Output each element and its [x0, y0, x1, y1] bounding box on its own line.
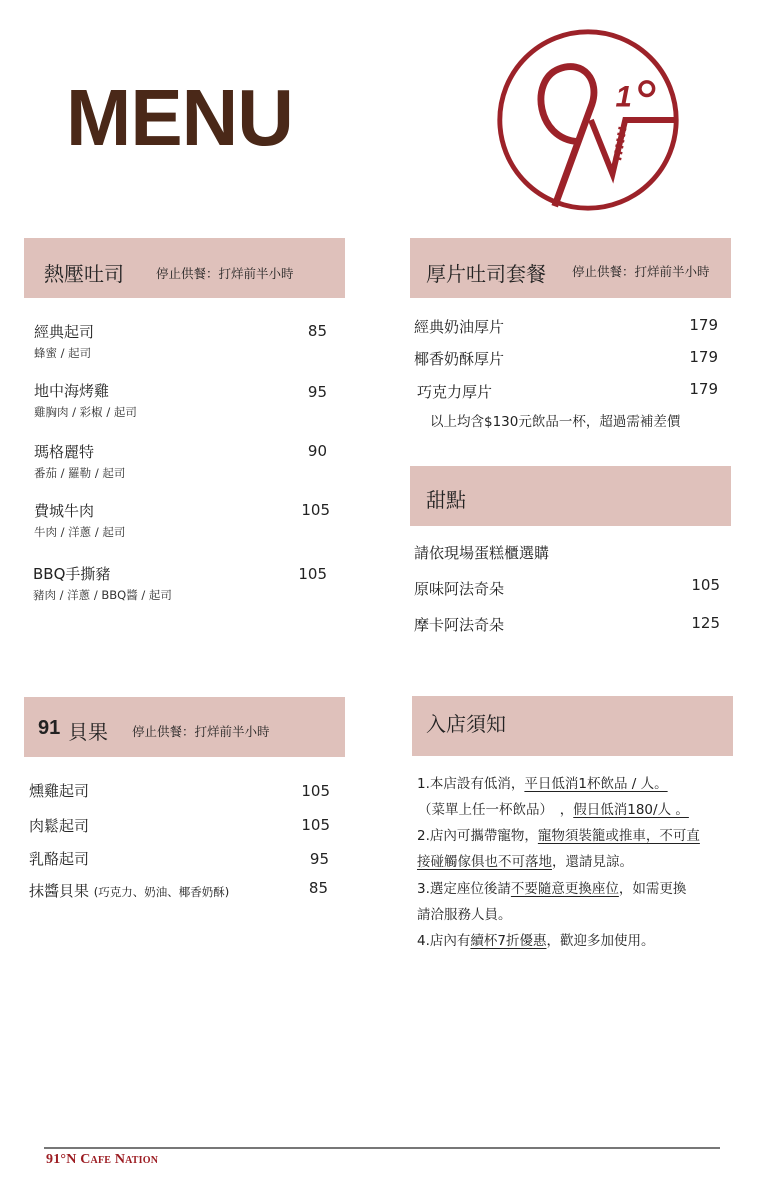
menu-item-name: 椰香奶酥厚片 — [414, 348, 504, 369]
item-price: 105 — [670, 576, 720, 594]
menu-item: 瑪格麗特 番茄 / 羅勒 / 起司 — [34, 441, 125, 481]
section-note: 停止供餐：打烊前半小時 — [156, 264, 294, 282]
section-header-thick-toast: 厚片吐司套餐 停止供餐：打烊前半小時 — [410, 238, 731, 298]
notice-line: 2.店內可攜帶寵物，寵物須裝籠或推車，不可直 — [417, 824, 700, 844]
section-note: 停止供餐：打烊前半小時 — [132, 722, 270, 740]
menu-item: 地中海烤雞 雞胸肉 / 彩椒 / 起司 — [34, 380, 137, 420]
item-price: 179 — [668, 380, 718, 398]
notice-line: （菜單上任一杯飲品） ，假日低消180/人 。 — [418, 798, 689, 818]
notice-line: 1.本店設有低消，平日低消1杯飲品 / 人。 — [417, 772, 668, 792]
section-header-dessert: 甜點 — [410, 466, 731, 526]
menu-item: BBQ手撕豬 豬肉 / 洋蔥 / BBQ醬 / 起司 — [33, 563, 172, 603]
menu-item: 經典起司 蜂蜜 / 起司 — [34, 321, 94, 361]
section-title: 厚片吐司套餐 — [426, 258, 546, 287]
menu-item-name: 抹醬貝果 (巧克力、奶油、椰香奶酥) — [29, 880, 229, 901]
menu-item-name: 摩卡阿法奇朵 — [414, 614, 504, 635]
item-price: 95 — [279, 850, 329, 868]
91-degree-n-logo-icon: 1 — [490, 22, 686, 218]
menu-item-name: 經典奶油厚片 — [414, 316, 504, 337]
dessert-intro: 請依現場蛋糕櫃選購 — [414, 542, 549, 563]
item-price: 105 — [280, 501, 330, 519]
item-price: 179 — [668, 316, 718, 334]
item-price: 95 — [277, 383, 327, 401]
section-title: 貝果 — [68, 716, 108, 745]
item-price: 105 — [280, 816, 330, 834]
section-header-bagel: 91 貝果 停止供餐：打烊前半小時 — [24, 697, 345, 757]
section-note: 停止供餐：打烊前半小時 — [572, 262, 710, 280]
notice-line: 請洽服務人員。 — [417, 903, 512, 923]
item-price: 90 — [277, 442, 327, 460]
menu-item: 費城牛肉 牛肉 / 洋蔥 / 起司 — [34, 500, 125, 540]
menu-item-name: 原味阿法奇朵 — [414, 578, 504, 599]
notice-line: 接碰觸傢俱也不可落地，還請見諒。 — [417, 850, 633, 870]
menu-item-name: 乳酪起司 — [29, 848, 89, 869]
menu-item-desc: (巧克力、奶油、椰香奶酥) — [94, 885, 229, 899]
section-title-number: 91 — [38, 717, 60, 740]
set-footnote: 以上均含$130元飲品一杯，超過需補差價 — [430, 410, 680, 430]
notice-line: 3.選定座位後請不要隨意更換座位，如需更換 — [417, 877, 686, 897]
section-title: 入店須知 — [426, 708, 506, 737]
section-title: 甜點 — [426, 484, 466, 513]
item-price: 179 — [668, 348, 718, 366]
menu-item-name: 燻雞起司 — [29, 780, 89, 801]
section-title: 熱壓吐司 — [44, 258, 124, 287]
svg-text:1: 1 — [615, 80, 631, 113]
item-price: 85 — [278, 879, 328, 897]
section-header-notice: 入店須知 — [412, 696, 733, 756]
menu-item-name: 肉鬆起司 — [29, 815, 89, 836]
item-price: 105 — [277, 565, 327, 583]
notice-line: 4.店內有續杯7折優惠，歡迎多加使用。 — [417, 929, 654, 949]
menu-title: MENU — [66, 78, 293, 158]
item-price: 125 — [670, 614, 720, 632]
item-price: 85 — [277, 322, 327, 340]
footer-brand: 91°N Cafe Nation — [46, 1152, 158, 1168]
item-price: 105 — [280, 782, 330, 800]
section-header-hot-toast: 熱壓吐司 停止供餐：打烊前半小時 — [24, 238, 345, 298]
footer-divider — [44, 1147, 720, 1149]
menu-item-name: 巧克力厚片 — [417, 381, 492, 402]
